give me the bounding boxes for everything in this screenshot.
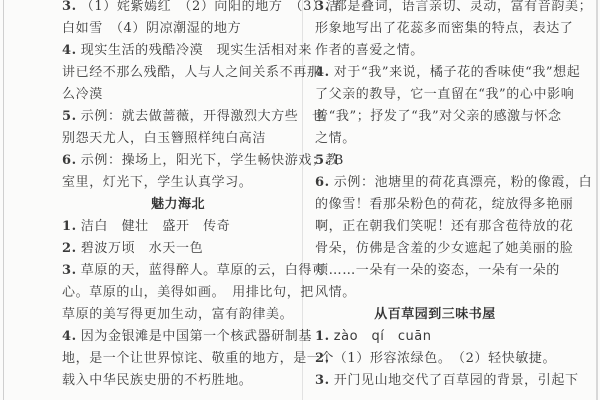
answer-line: 地，是一个让世界惊诧、敬重的地方，是一个 xyxy=(62,348,294,370)
pinyin-answer: zào qí cuān xyxy=(334,329,432,344)
answer-line: 6.示例：操场上，阳光下，学生畅快游戏；教 xyxy=(62,150,294,172)
answer-line: 骨朵，仿佛是含羞的少女遮起了她美丽的脸 xyxy=(315,238,555,260)
answer-line: 草原的美写得更加生动，富有韵律美。 xyxy=(62,304,294,326)
answer-line: 之情。 xyxy=(315,128,555,150)
answer-line: 白如雪 （4）阴凉潮湿的地方 xyxy=(62,18,294,40)
answer-line: 心。草原的山，美得如画。 用排比句，把 xyxy=(62,282,294,304)
answer-line: 作者的喜爱之情。 xyxy=(315,40,555,62)
answer-line: 啊，正在朝我们笑呢！还有那含苞待放的花 xyxy=(315,216,555,238)
answer-line: 6.示例：池塘里的荷花真漂亮，粉的像霞，白 xyxy=(315,172,555,194)
answer-line: 4.现实生活的残酷冷漠 现实生活相对来 xyxy=(62,40,294,62)
answer-line: 1.zào qí cuān xyxy=(315,326,555,348)
left-column: 3.（1）姹紫嫣红 （2）向阳的地方 （3）洁 白如雪 （4）阴凉潮湿的地方 4… xyxy=(62,0,294,392)
answer-line: 了父亲的教导，它一直留在“我”的心中影响 xyxy=(315,84,555,106)
answer-line: 3.都是叠词，语言亲切、灵动，富有音韵美； xyxy=(315,0,555,18)
answer-line: 5.示例：就去做蔷薇，开得激烈大方些 也 xyxy=(62,106,294,128)
answer-line: 2.（1）形容浓绿色。 （2）轻快敏捷。 xyxy=(315,348,555,370)
answer-line: 的像雪！看那朵粉色的荷花，绽放得多艳丽 xyxy=(315,194,555,216)
answer-line: 载入中华民族史册的不朽胜地。 xyxy=(62,370,294,392)
answer-line: 5.B xyxy=(315,150,555,172)
answer-line: 颊……一朵有一朵的姿态，一朵有一朵的 xyxy=(315,260,555,282)
answer-line: 4.对于“我”来说，橘子花的香味使“我”想起 xyxy=(315,62,555,84)
page-edge-left xyxy=(3,0,4,400)
answer-line: 别怨天尤人，白玉簪照样纯白高洁 xyxy=(62,128,294,150)
answer-line: 3.（1）姹紫嫣红 （2）向阳的地方 （3）洁 xyxy=(62,0,294,18)
answer-line: 1.洁白 健壮 盛开 传奇 xyxy=(62,216,294,238)
answer-line: 4.因为金银滩是中国第一个核武器研制基 xyxy=(62,326,294,348)
answer-line: 么冷漠 xyxy=(62,84,294,106)
answer-line: 2.碧波万顷 水天一色 xyxy=(62,238,294,260)
page-edge-right xyxy=(596,0,598,400)
answer-line: 3.草原的天，蓝得醉人。草原的云，白得可 xyxy=(62,260,294,282)
section-title: 从百草园到三味书屋 xyxy=(315,304,555,326)
answer-line: 室里，灯光下，学生认真学习。 xyxy=(62,172,294,194)
answer-line: 讲已经不那么残酷，人与人之间关系不再那 xyxy=(62,62,294,84)
answer-line: 着“我”；抒发了“我”对父亲的感激与怀念 xyxy=(315,106,555,128)
answer-line: 形象地写出了花蕊多而密集的特点，表达了 xyxy=(315,18,555,40)
section-title: 魅力海北 xyxy=(62,194,294,216)
answer-line: 3.开门见山地交代了百草园的背景，引起下 xyxy=(315,370,555,392)
right-column: 3.都是叠词，语言亲切、灵动，富有音韵美； 形象地写出了花蕊多而密集的特点，表达… xyxy=(315,0,555,392)
answer-line: 风情。 xyxy=(315,282,555,304)
